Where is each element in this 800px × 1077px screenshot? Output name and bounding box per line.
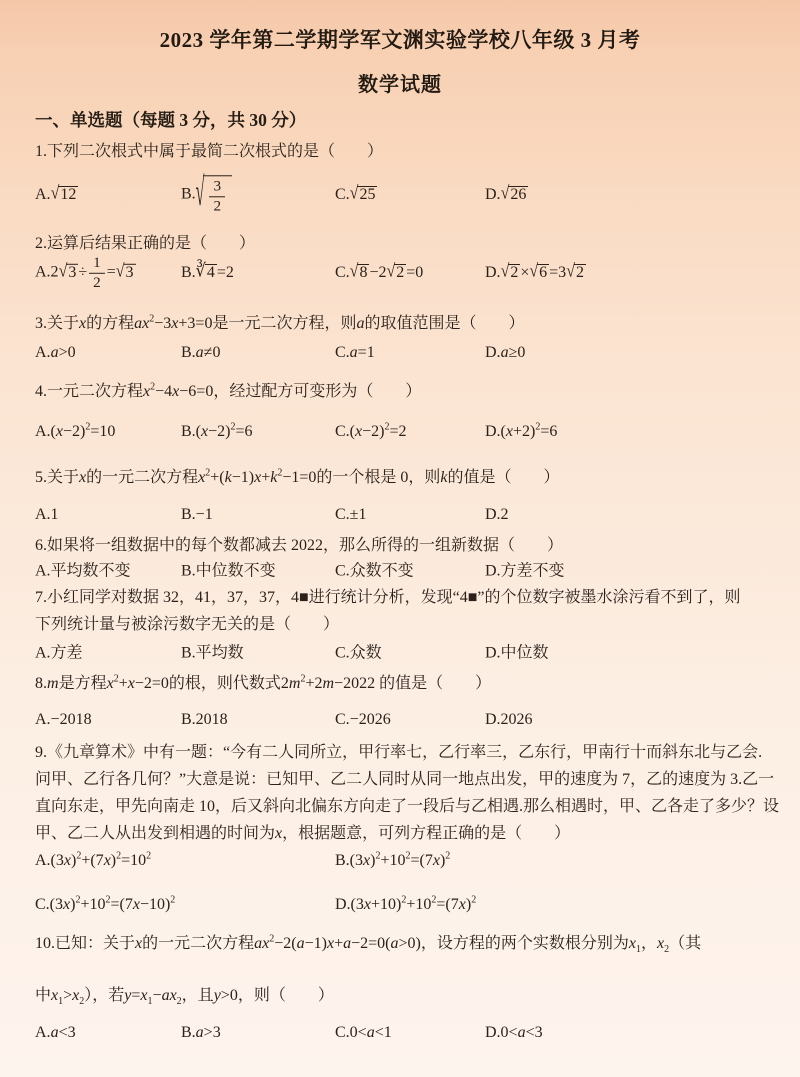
question-5-stem: 5.关于x的一元二次方程x2+(k−1)x+k2−1=0的一个根是 0，则k的值… <box>35 464 560 487</box>
question-4-stem: 4.一元二次方程x2−4x−6=0，经过配方可变形为（ ） <box>35 378 421 401</box>
question-2-option-a: A.2√3÷12=√3 <box>35 255 136 291</box>
question-8-stem: 8.m是方程x2+x−2=0的根，则代数式2m2+2m−2022 的值是（ ） <box>35 670 491 693</box>
question-7-option-d: D.中位数 <box>485 640 549 663</box>
exam-title: 2023 学年第二学期学军文渊实验学校八年级 3 月考 <box>0 24 800 54</box>
question-7-option-b: B.平均数 <box>181 640 244 663</box>
question-7-stem-line1: 7.小红同学对数据 32，41，37，37，4■进行统计分析，发现“4■”的个位… <box>35 584 741 607</box>
question-3-option-d: D.a≥0 <box>485 344 525 362</box>
question-8-option-c: C.−2026 <box>335 711 391 729</box>
question-2-option-c: C.√8−2√2=0 <box>335 264 423 282</box>
question-8-option-d: D.2026 <box>485 711 533 729</box>
question-6-option-d: D.方差不变 <box>485 558 565 581</box>
exam-page: 2023 学年第二学期学军文渊实验学校八年级 3 月考 数学试题 一、单选题（每… <box>0 0 800 1077</box>
question-3-option-c: C.a=1 <box>335 344 375 362</box>
question-1-options: A.√12 B.√32 C.√25 D.√26 <box>0 160 800 230</box>
question-7-options: A.方差 B.平均数 C.众数 D.中位数 <box>0 638 800 664</box>
exam-subtitle: 数学试题 <box>0 68 800 97</box>
question-2-option-d: D.√2×√6=3√2 <box>485 264 586 282</box>
question-5-option-d: D.2 <box>485 506 509 524</box>
question-9-stem-line2: 问甲、乙行各几何？”大意是说：已知甲、乙二人同时从同一地点出发，甲的速度为 7，… <box>35 766 774 789</box>
question-4-option-d: D.(x+2)2=6 <box>485 423 557 441</box>
question-9-stem-line3: 直向东走，甲先向南走 10，后又斜向北偏东方向走了一段后与乙相遇.那么相遇时，甲… <box>35 793 779 816</box>
question-4-option-b: B.(x−2)2=6 <box>181 423 253 441</box>
question-3-option-a: A.a>0 <box>35 344 76 362</box>
question-1-option-c: C.√25 <box>335 186 377 204</box>
question-4-option-c: C.(x−2)2=2 <box>335 423 407 441</box>
question-10-stem-line1: 10.已知：关于x的一元二次方程ax2−2(a−1)x+a−2=0(a>0)，设… <box>35 930 701 953</box>
question-4-option-a: A.(x−2)2=10 <box>35 423 115 441</box>
question-4-options: A.(x−2)2=10 B.(x−2)2=6 C.(x−2)2=2 D.(x+2… <box>0 414 800 450</box>
question-9-option-d: D.(3x+10)2+102=(7x)2 <box>335 896 476 914</box>
question-3-option-b: B.a≠0 <box>181 344 220 362</box>
question-1-option-b: B.√32 <box>181 175 232 214</box>
question-10-option-d: D.0<a<3 <box>485 1024 543 1042</box>
question-2-option-b: B.∛4=2 <box>181 264 234 282</box>
question-8-option-a: A.−2018 <box>35 711 92 729</box>
question-6-option-c: C.众数不变 <box>335 558 414 581</box>
question-10-option-b: B.a>3 <box>181 1024 221 1042</box>
question-9-option-c: C.(3x)2+102=(7x−10)2 <box>35 896 175 914</box>
question-9-option-a: A.(3x)2+(7x)2=102 <box>35 852 151 870</box>
question-8-option-b: B.2018 <box>181 711 228 729</box>
question-6-option-a: A.平均数不变 <box>35 558 131 581</box>
section-header: 一、单选题（每题 3 分，共 30 分） <box>35 107 306 132</box>
question-9-stem-line4: 甲、乙二人从出发到相遇的时间为x，根据题意，可列方程正确的是（ ） <box>35 820 570 843</box>
question-10-option-c: C.0<a<1 <box>335 1024 392 1042</box>
question-9-options-row1: A.(3x)2+(7x)2=102 B.(3x)2+102=(7x)2 <box>0 842 800 880</box>
question-6-option-b: B.中位数不变 <box>181 558 276 581</box>
question-10-stem-line2: 中x1>x2），若y=x1−ax2，且y>0，则（ ） <box>35 982 334 1005</box>
question-10-option-a: A.a<3 <box>35 1024 76 1042</box>
question-5-options: A.1 B.−1 C.±1 D.2 <box>0 502 800 528</box>
question-3-stem: 3.关于x的方程ax2−3x+3=0是一元二次方程，则a的取值范围是（ ） <box>35 310 524 333</box>
question-10-options: A.a<3 B.a>3 C.0<a<1 D.0<a<3 <box>0 1020 800 1046</box>
question-5-option-b: B.−1 <box>181 506 213 524</box>
question-8-options: A.−2018 B.2018 C.−2026 D.2026 <box>0 707 800 733</box>
question-9-option-b: B.(3x)2+102=(7x)2 <box>335 852 450 870</box>
question-6-options: A.平均数不变 B.中位数不变 C.众数不变 D.方差不变 <box>0 556 800 582</box>
question-7-option-c: C.众数 <box>335 640 382 663</box>
question-1-option-d: D.√26 <box>485 186 528 204</box>
question-6-stem: 6.如果将一组数据中的每个数都减去 2022，那么所得的一组新数据（ ） <box>35 532 563 555</box>
question-3-options: A.a>0 B.a≠0 C.a=1 D.a≥0 <box>0 340 800 366</box>
question-5-option-c: C.±1 <box>335 506 366 524</box>
question-7-stem-line2: 下列统计量与被涂污数字无关的是（ ） <box>35 611 339 634</box>
question-1-option-a: A.√12 <box>35 186 78 204</box>
question-9-stem-line1: 9.《九章算术》中有一题：“今有二人同所立，甲行率七，乙行率三，乙东行，甲南行十… <box>35 739 762 762</box>
question-7-option-a: A.方差 <box>35 640 83 663</box>
question-9-options-row2: C.(3x)2+102=(7x−10)2 D.(3x+10)2+102=(7x)… <box>0 886 800 924</box>
question-1-stem: 1.下列二次根式中属于最简二次根式的是（ ） <box>35 138 383 161</box>
question-5-option-a: A.1 <box>35 506 59 524</box>
question-2-options: A.2√3÷12=√3 B.∛4=2 C.√8−2√2=0 D.√2×√6=3√… <box>0 248 800 298</box>
